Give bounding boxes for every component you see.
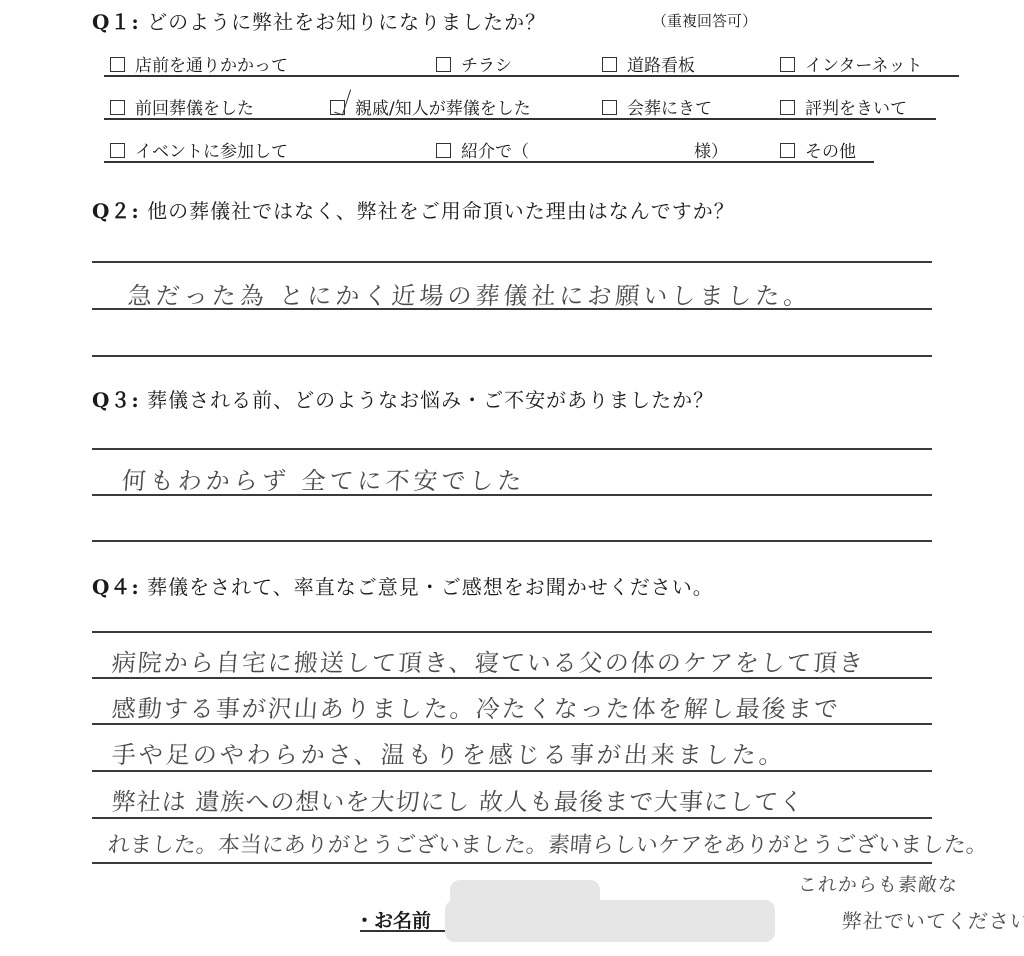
answer-rule <box>92 862 932 864</box>
option-label: 会葬にきて <box>627 99 712 119</box>
q1-option-row-1: 店前を通りかかって チラシ 道路看板 インターネット <box>104 49 959 77</box>
q2-question: 他の葬儀社ではなく、弊社をご用命頂いた理由はなんですか？ <box>147 199 735 223</box>
q3-question: 葬儀される前、どのようなお悩み・ご不安がありましたか？ <box>147 388 714 412</box>
checkbox-icon[interactable] <box>436 57 451 72</box>
answer-rule <box>92 448 932 450</box>
q1-question: どのように弊社をお知りになりましたか？ <box>147 10 546 34</box>
q4-question: 葬儀をされて、率直なご意見・ご感想をお聞かせください。 <box>147 575 714 599</box>
answer-rule <box>92 494 932 496</box>
q1-number: Q１: <box>92 10 140 34</box>
q1-option[interactable]: インターネット <box>780 51 922 76</box>
answer-rule <box>92 631 932 633</box>
checkbox-checked-icon[interactable] <box>330 100 345 115</box>
checkbox-icon[interactable] <box>110 57 125 72</box>
checkbox-icon[interactable] <box>110 143 125 158</box>
option-label: 親戚/知人が葬儀をした <box>355 99 531 119</box>
option-label: イベントに参加して <box>135 142 288 162</box>
q1-option[interactable]: イベントに参加して <box>110 137 288 162</box>
answer-rule <box>92 817 932 819</box>
q1-multiple-answers-note: （重複回答可） <box>652 10 757 31</box>
answer-rule <box>92 355 932 357</box>
answer-rule <box>92 261 932 263</box>
answer-rule <box>92 723 932 725</box>
option-label: 前回葬儀をした <box>135 99 254 119</box>
option-label: 道路看板 <box>627 56 695 76</box>
q2-number: Q２: <box>92 199 140 223</box>
q1-heading: Q１: どのように弊社をお知りになりましたか？ <box>92 6 546 35</box>
checkbox-icon[interactable] <box>602 100 617 115</box>
q1-option[interactable]: 評判をきいて <box>780 94 907 119</box>
q3-number: Q３: <box>92 388 140 412</box>
q4-number: Q４: <box>92 575 140 599</box>
checkbox-icon[interactable] <box>110 100 125 115</box>
q4-answer-line: 弊社は 遺族への想いを大切にし 故人も最後まで大事にしてく <box>111 782 806 817</box>
q3-answer-line: 何もわからず 全てに不安でした <box>121 461 527 496</box>
option-label: インターネット <box>805 56 922 76</box>
q1-option-referral[interactable]: 紹介で（ <box>436 137 529 162</box>
option-label: 紹介で（ <box>461 142 529 162</box>
q4-answer-line: 病院から自宅に搬送して頂き、寝ている父の体のケアをして頂き <box>111 643 866 678</box>
q1-option[interactable]: 前回葬儀をした <box>110 94 254 119</box>
q1-option-row-3: イベントに参加して 紹介で（ 様） その他 <box>104 135 874 163</box>
q1-option[interactable]: 店前を通りかかって <box>110 51 288 76</box>
checkbox-icon[interactable] <box>780 57 795 72</box>
q1-option[interactable]: その他 <box>780 137 856 162</box>
name-redaction[interactable] <box>445 900 775 942</box>
q4-answer-line: 感動する事が沢山ありました。冷たくなった体を解し最後まで <box>111 689 841 724</box>
q1-option-checked[interactable]: 親戚/知人が葬儀をした <box>330 94 531 119</box>
q1-option-row-2: 前回葬儀をした 親戚/知人が葬儀をした 会葬にきて 評判をきいて <box>104 92 936 120</box>
checkbox-icon[interactable] <box>780 143 795 158</box>
q4-answer-line: れました。本当にありがとうございました。素晴らしいケアをありがとうございました。 <box>107 828 989 859</box>
q4-margin-note-line: 弊社でいてください。 <box>841 905 1024 934</box>
name-field-label: ・お名前 <box>355 906 431 933</box>
answer-rule <box>92 677 932 679</box>
q2-heading: Q２: 他の葬儀社ではなく、弊社をご用命頂いた理由はなんですか？ <box>92 195 735 224</box>
q4-margin-note-line: これからも素敵な <box>797 870 959 897</box>
option-label: 評判をきいて <box>805 99 907 119</box>
q2-answer-line: 急だった為 とにかく近場の葬儀社にお願いしました。 <box>127 276 813 311</box>
option-label: その他 <box>805 142 856 162</box>
q4-answer-line: 手や足のやわらかさ、温もりを感じる事が出来ました。 <box>111 735 787 770</box>
checkbox-icon[interactable] <box>602 57 617 72</box>
checkbox-icon[interactable] <box>780 100 795 115</box>
q3-heading: Q３: 葬儀される前、どのようなお悩み・ご不安がありましたか？ <box>92 384 714 413</box>
answer-rule <box>92 308 932 310</box>
referral-suffix: 様） <box>694 137 728 162</box>
q1-option[interactable]: 会葬にきて <box>602 94 712 119</box>
answer-rule <box>92 540 932 542</box>
option-label: 店前を通りかかって <box>135 56 288 76</box>
q1-option[interactable]: チラシ <box>436 51 512 76</box>
checkbox-icon[interactable] <box>436 143 451 158</box>
q1-option[interactable]: 道路看板 <box>602 51 695 76</box>
option-label: チラシ <box>461 56 512 76</box>
answer-rule <box>92 770 932 772</box>
q4-heading: Q４: 葬儀をされて、率直なご意見・ご感想をお聞かせください。 <box>92 571 714 600</box>
